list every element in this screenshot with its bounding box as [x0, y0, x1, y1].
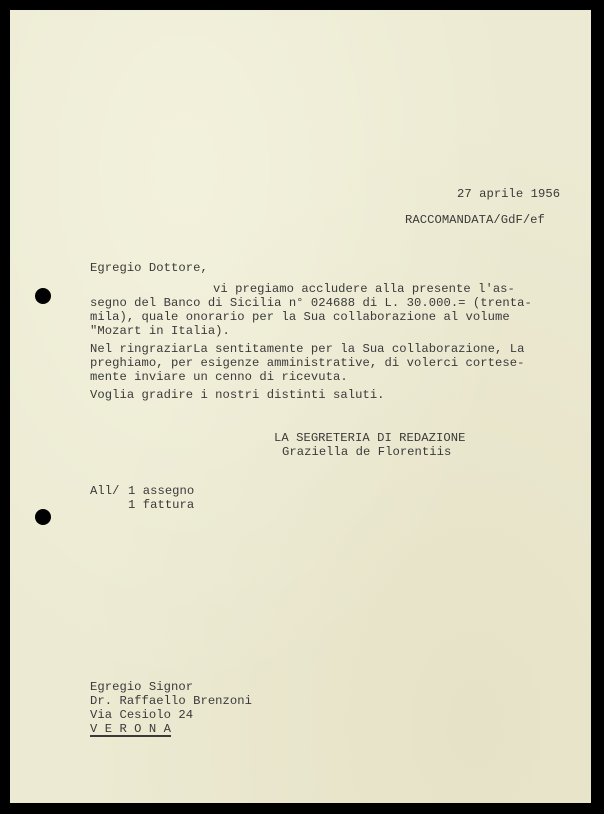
enclosure-item: 1 assegno [128, 484, 194, 498]
punch-hole-top [35, 288, 51, 304]
enclosures-label: All/ [90, 484, 119, 498]
punch-hole-bottom [35, 509, 51, 525]
body-p2-line3: mente inviare un cenno di ricevuta. [90, 370, 348, 384]
recipient-city: V E R O N A [90, 722, 171, 736]
signature-name: Graziella de Florentiis [282, 445, 451, 459]
body-p1-line2: segno del Banco di Sicilia n° 024688 di … [90, 296, 532, 310]
letter-reference: RACCOMANDATA/GdF/ef [405, 213, 545, 227]
recipient-line2: Dr. Raffaello Brenzoni [90, 694, 252, 708]
body-p1-line1: vi pregiamo accludere alla presente l'as… [213, 282, 515, 296]
body-p1-line4: "Mozart in Italia). [90, 324, 230, 338]
body-p2-line2: preghiamo, per esigenze amministrative, … [90, 356, 524, 370]
signature-office: LA SEGRETERIA DI REDAZIONE [274, 431, 465, 445]
letter-date: 27 aprile 1956 [457, 187, 560, 201]
enclosure-item: 1 fattura [128, 498, 194, 512]
letter-page: 27 aprile 1956 RACCOMANDATA/GdF/ef Egreg… [10, 10, 591, 803]
salutation: Egregio Dottore, [90, 261, 208, 275]
body-p1-line3: mila), quale onorario per la Sua collabo… [90, 310, 510, 324]
closing: Voglia gradire i nostri distinti saluti. [90, 388, 385, 402]
recipient-line3: Via Cesiolo 24 [90, 708, 193, 722]
body-p2-line1: Nel ringraziarLa sentitamente per la Sua… [90, 342, 524, 356]
recipient-line1: Egregio Signor [90, 680, 193, 694]
